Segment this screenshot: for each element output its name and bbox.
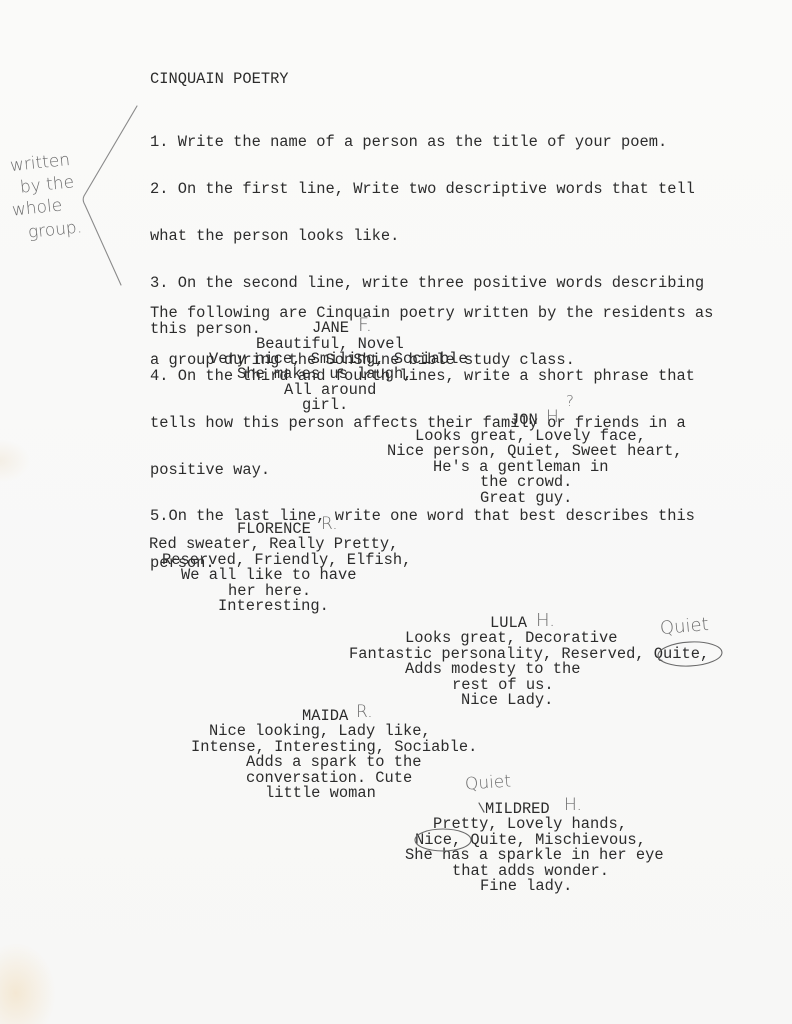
handwritten-initial: R. bbox=[356, 704, 373, 721]
handwritten-initial: R. bbox=[321, 516, 338, 533]
intro-line: The following are Cinquain poetry writte… bbox=[150, 306, 713, 322]
instruction-line: 5.On the last line, write one word that … bbox=[150, 509, 704, 525]
poem-line: Nice Lady. bbox=[461, 693, 553, 709]
handwritten-initial: H. bbox=[564, 797, 582, 814]
margin-bracket-icon bbox=[83, 106, 137, 285]
margin-note-line: whole bbox=[11, 197, 63, 219]
poem-line: girl. bbox=[302, 398, 348, 414]
poem-line: little woman bbox=[265, 786, 376, 802]
poem-line: Great guy. bbox=[480, 491, 572, 507]
caret-mark-icon bbox=[479, 803, 484, 812]
document-title: CINQUAIN POETRY bbox=[150, 72, 289, 88]
handwritten-initial: F. bbox=[358, 316, 372, 335]
handwritten-correction: Quiet bbox=[464, 773, 511, 793]
scanned-page: CINQUAIN POETRY 1. Write the name of a p… bbox=[0, 0, 792, 1024]
instruction-line: positive way. bbox=[150, 463, 704, 479]
intro-paragraph: The following are Cinquain poetry writte… bbox=[150, 275, 713, 400]
handwritten-correction: Quiet bbox=[659, 616, 709, 638]
question-mark-annotation: ? bbox=[566, 394, 574, 409]
poem-line: Interesting. bbox=[218, 599, 329, 615]
margin-note-line: written bbox=[9, 152, 71, 175]
handwritten-initial: H. bbox=[546, 409, 564, 426]
handwritten-initial: H. bbox=[536, 612, 555, 630]
instruction-line: what the person looks like. bbox=[150, 229, 704, 245]
instruction-line: 1. Write the name of a person as the tit… bbox=[150, 135, 704, 151]
poem-line: Fine lady. bbox=[480, 879, 572, 895]
margin-note-line: group. bbox=[27, 219, 83, 242]
margin-note-line: by the bbox=[19, 174, 75, 197]
instruction-line: 2. On the first line, Write two descript… bbox=[150, 182, 704, 198]
